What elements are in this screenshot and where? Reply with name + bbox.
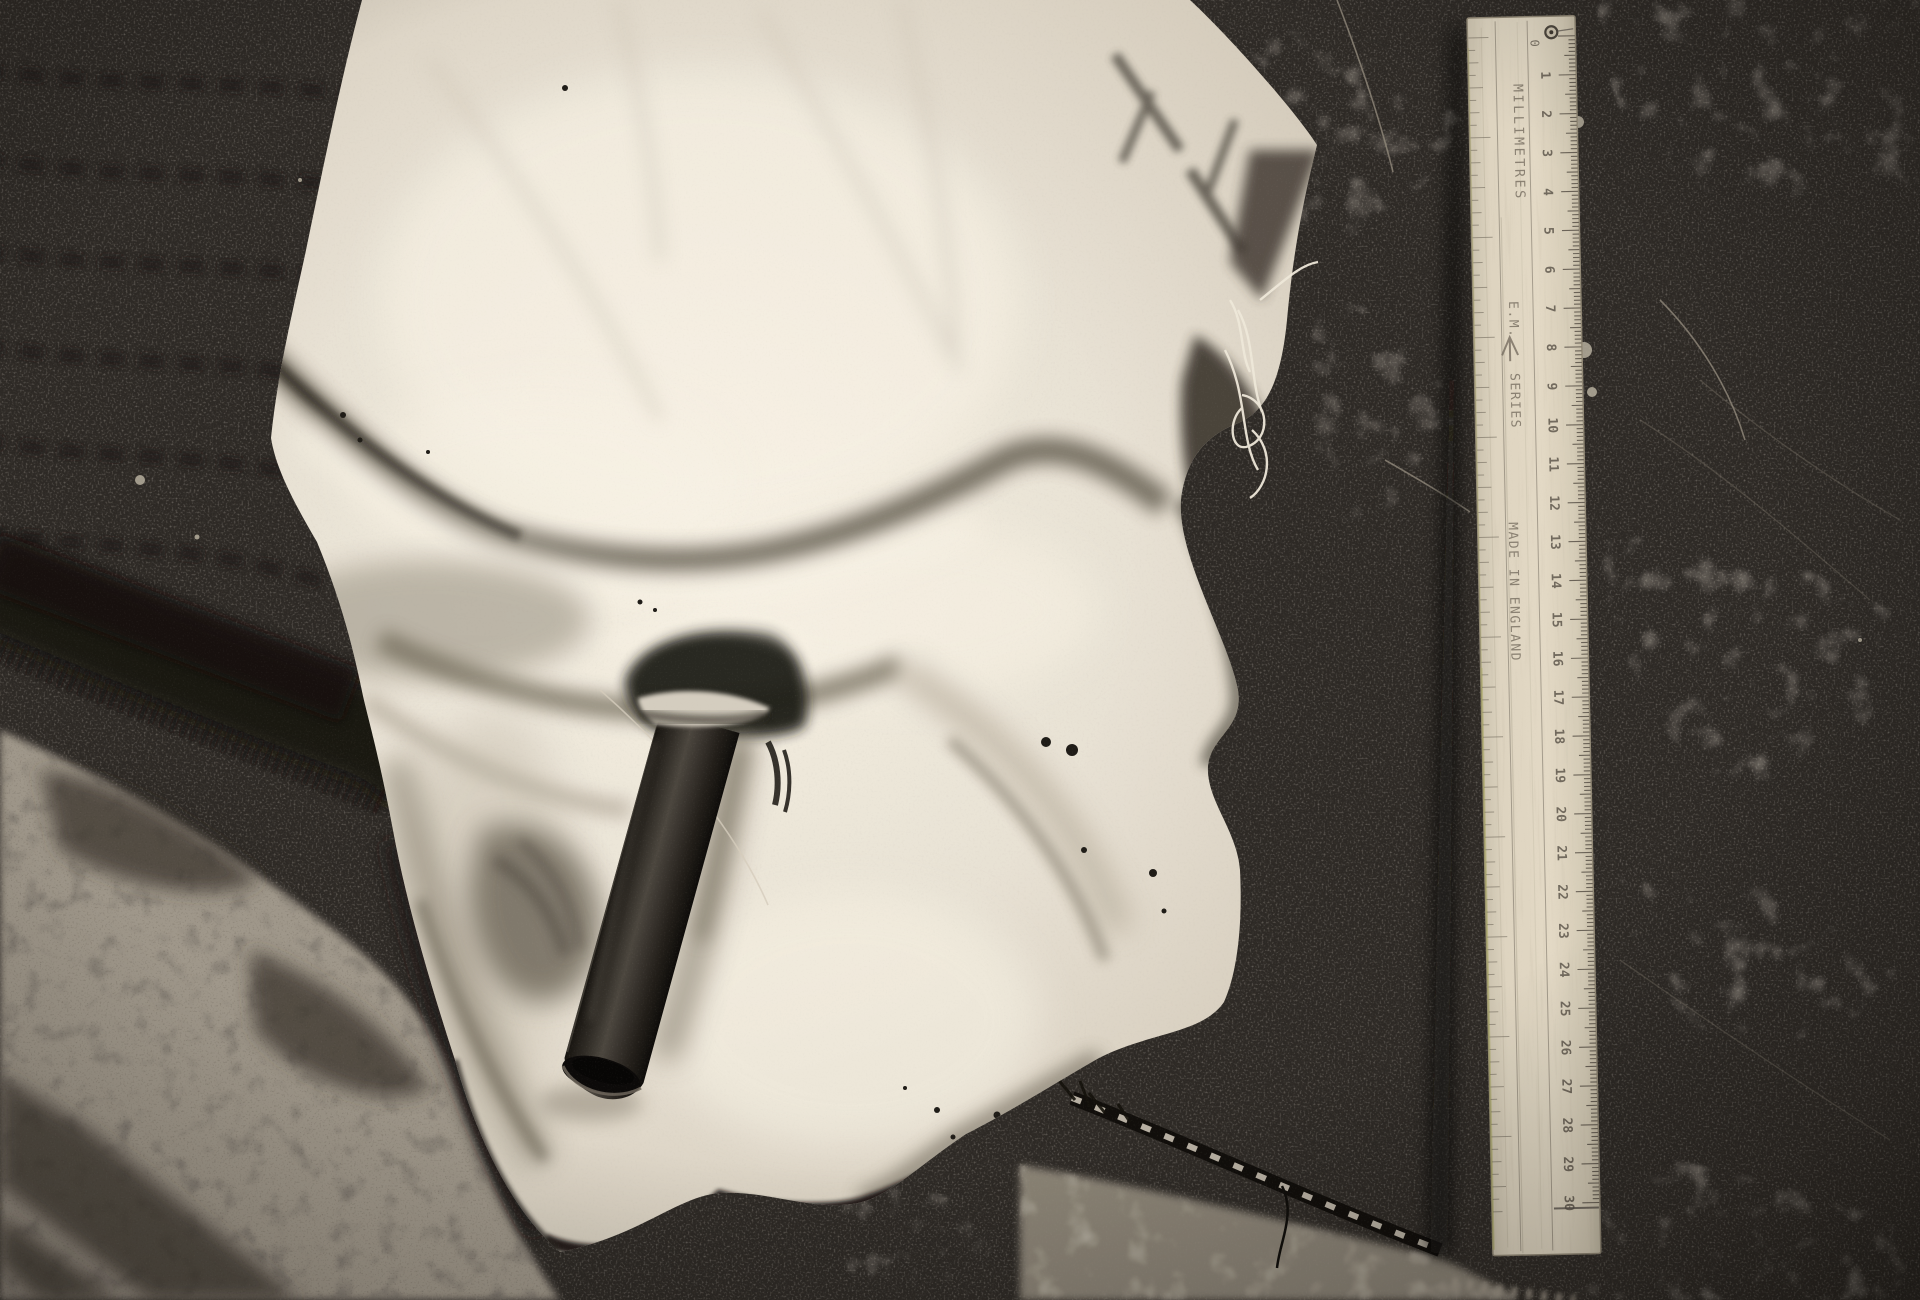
evidence-photograph: 1234567891011121314151617181920212223242… — [0, 0, 1920, 1300]
photo-scene: 1234567891011121314151617181920212223242… — [0, 0, 1920, 1300]
photo-vignette — [0, 0, 1920, 1300]
